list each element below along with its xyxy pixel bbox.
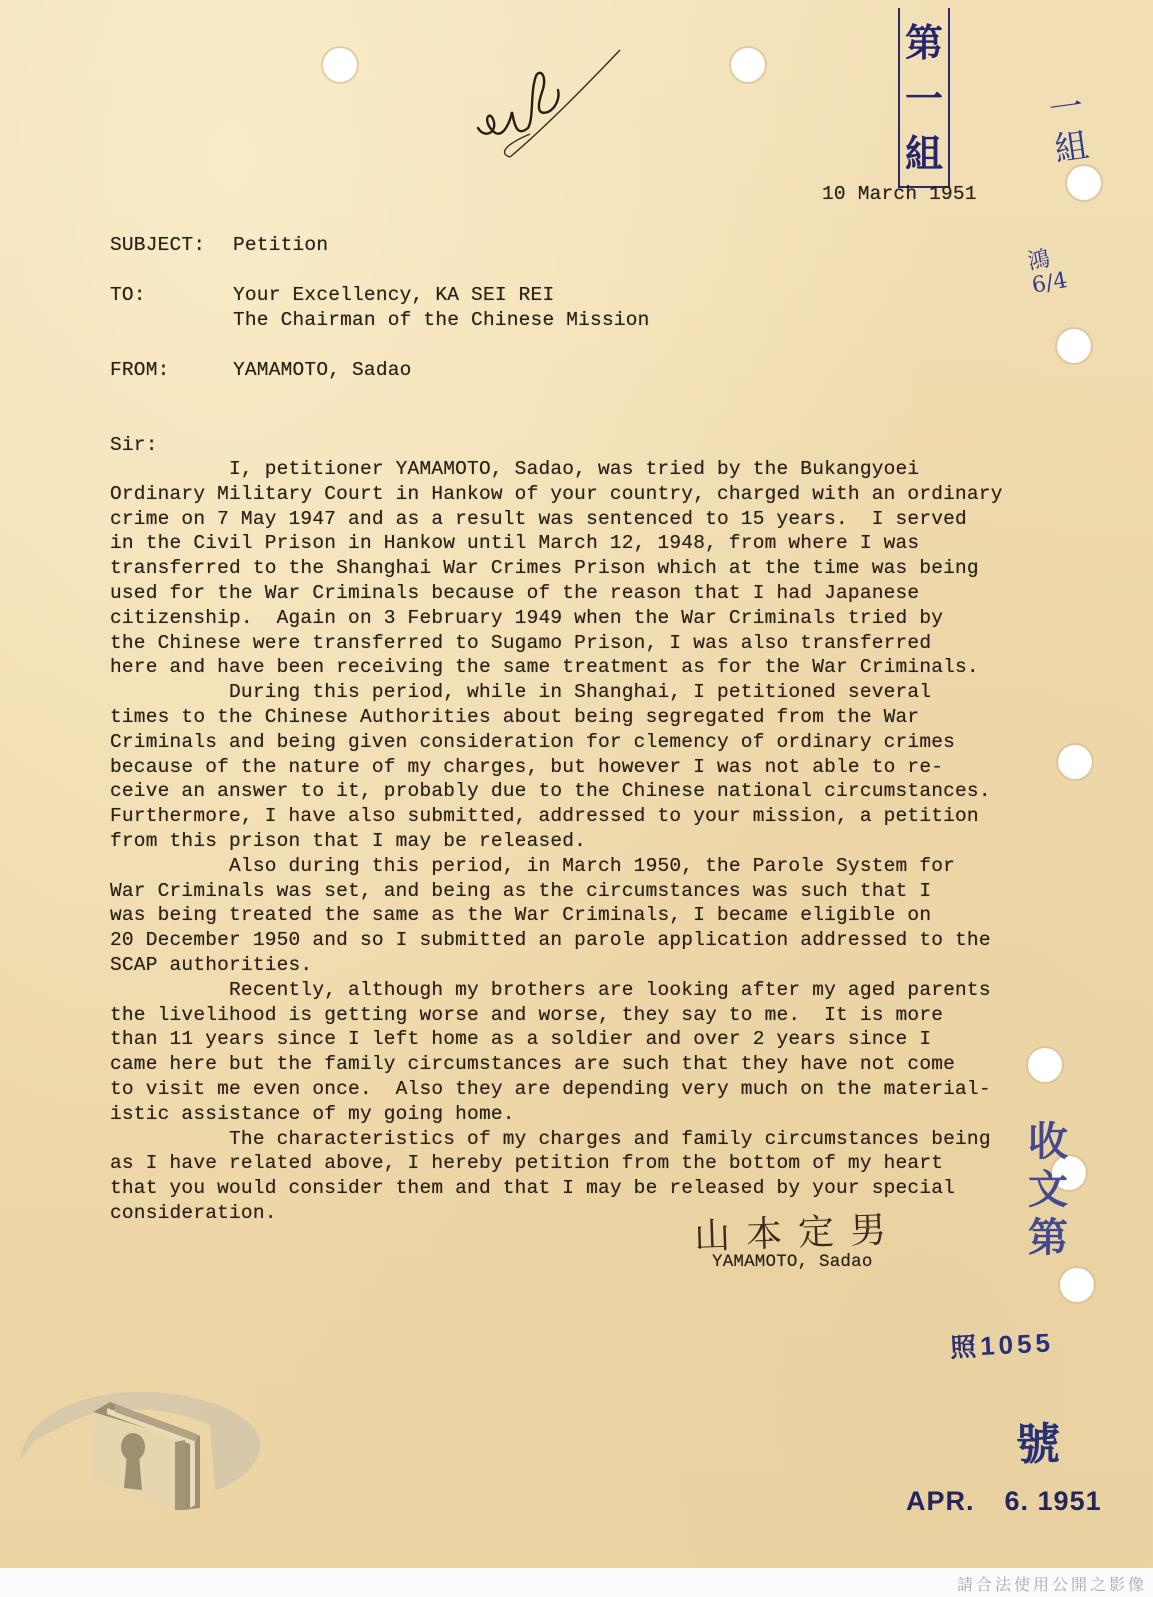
punch-hole [731,48,765,82]
body-line: to visit me even once. Also they are dep… [110,1077,1003,1102]
margin-note-date: 鴻 6/4 [1026,245,1069,298]
body-line: crime on 7 May 1947 and as a result was … [110,507,1003,532]
handwritten-initials [470,42,630,162]
subject-label: SUBJECT: [110,233,205,258]
punch-hole [1058,745,1092,779]
usage-notice: 請合法使用公開之影像 [957,1572,1147,1595]
body-line: transferred to the Shanghai War Crimes P… [110,556,1003,581]
body-line: came here but the family circumstances a… [110,1052,1003,1077]
registration-number: 1055 [979,1327,1054,1361]
from-value: YAMAMOTO, Sadao [233,358,412,383]
body-line: Criminals and being given consideration … [110,730,1003,755]
stamp-day-year: 6. 1951 [1005,1486,1102,1516]
body-line: ceive an answer to it, probably due to t… [110,779,1003,804]
letter-date: 10 March 1951 [822,182,977,207]
body-line: 20 December 1950 and so I submitted an p… [110,928,1003,953]
body-line: was being treated the same as the War Cr… [110,903,1003,928]
body-line: the livelihood is getting worse and wors… [110,1003,1003,1028]
salutation: Sir: [110,433,158,458]
punch-hole [1057,329,1091,363]
body-line: The characteristics of my charges and fa… [110,1127,1003,1152]
received-date-stamp: APR.6. 1951 [906,1486,1102,1517]
letter-body: I, petitioner YAMAMOTO, Sadao, was tried… [110,457,1003,1226]
typed-signature: YAMAMOTO, Sadao [712,1250,873,1275]
group-stamp: 第 一 組 [898,8,950,188]
body-line: from this prison that I may be released. [110,829,1003,854]
body-line: War Criminals was set, and being as the … [110,879,1003,904]
to-value-line2: The Chairman of the Chinese Mission [233,308,650,333]
to-value-line1: Your Excellency, KA SEI REI [233,283,554,308]
punch-hole [1028,1048,1062,1082]
stamp-char: 一 [905,68,943,123]
body-line: times to the Chinese Authorities about b… [110,705,1003,730]
body-line: Also during this period, in March 1950, … [110,854,1003,879]
body-line: During this period, while in Shanghai, I… [110,680,1003,705]
punch-hole [1067,166,1101,200]
stamp-month: APR. [906,1486,975,1516]
body-line: because of the nature of my charges, but… [110,755,1003,780]
stamp-char: 組 [905,123,943,178]
body-line: Ordinary Military Court in Hankow of you… [110,482,1003,507]
body-line: in the Civil Prison in Hankow until Marc… [110,531,1003,556]
archive-keyhole-book-logo [15,1370,265,1510]
from-label: FROM: [110,358,170,383]
received-document-stamp: 收 文 第 [1028,1118,1068,1262]
body-line: here and have been receiving the same tr… [110,655,1003,680]
punch-hole [1060,1268,1094,1302]
body-line: citizenship. Again on 3 February 1949 wh… [110,606,1003,631]
subject-value: Petition [233,233,328,258]
body-line: used for the War Criminals because of th… [110,581,1003,606]
stamp-char: 第 [905,12,943,67]
number-suffix-stamp: 號 [1016,1408,1060,1472]
body-line: that you would consider them and that I … [110,1176,1003,1201]
punch-hole [323,48,357,82]
body-line: istic assistance of my going home. [110,1102,1003,1127]
body-line: as I have related above, I hereby petiti… [110,1151,1003,1176]
body-line: I, petitioner YAMAMOTO, Sadao, was tried… [110,457,1003,482]
body-line: Recently, although my brothers are looki… [110,978,1003,1003]
body-line: SCAP authorities. [110,953,1003,978]
document-page: 第 一 組 一 組 鴻 6/4 10 March 1951 SUBJECT: P… [0,0,1153,1568]
margin-note-group: 一 組 [1047,86,1092,170]
body-line: than 11 years since I left home as a sol… [110,1027,1003,1052]
to-label: TO: [110,283,146,308]
body-line: the Chinese were transferred to Sugamo P… [110,631,1003,656]
registration-number-stamp: 照1055 [949,1322,1055,1364]
body-line: Furthermore, I have also submitted, addr… [110,804,1003,829]
registration-prefix: 照 [949,1331,981,1363]
